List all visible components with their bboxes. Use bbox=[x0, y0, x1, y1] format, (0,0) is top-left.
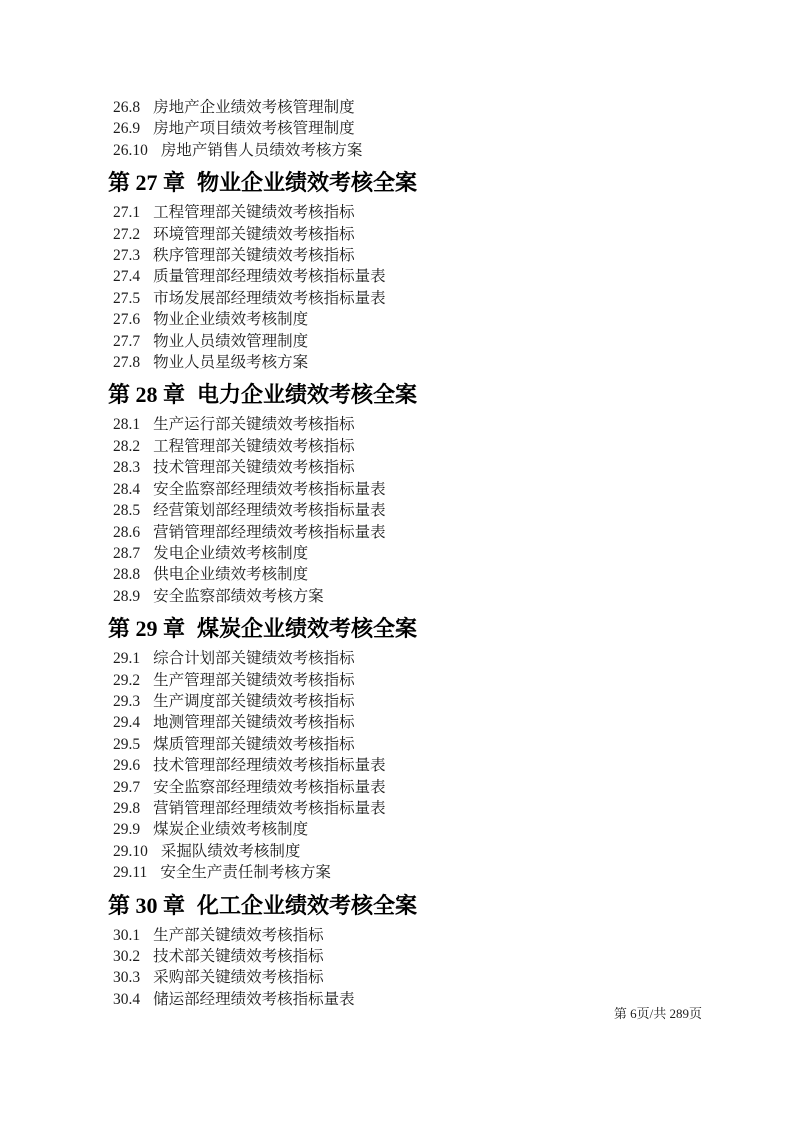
chapter-heading: 第 29 章煤炭企业绩效考核全案 bbox=[108, 614, 743, 644]
toc-item-number: 27.3 bbox=[113, 247, 140, 264]
toc-item-label: 供电企业绩效考核制度 bbox=[153, 566, 308, 583]
toc-item-label: 技术管理部关键绩效考核指标 bbox=[153, 459, 355, 476]
toc-item: 28.1生产运行部关键绩效考核指标 bbox=[108, 414, 743, 435]
toc-item-number: 26.10 bbox=[113, 142, 148, 159]
chapter-title: 物业企业绩效考核全案 bbox=[197, 170, 417, 195]
toc-item: 28.4安全监察部经理绩效考核指标量表 bbox=[108, 479, 743, 500]
toc-item-label: 安全监察部经理绩效考核指标量表 bbox=[153, 779, 386, 796]
toc-item-label: 采购部关键绩效考核指标 bbox=[153, 969, 324, 986]
toc-item-label: 营销管理部经理绩效考核指标量表 bbox=[153, 800, 386, 817]
toc-item: 27.5市场发展部经理绩效考核指标量表 bbox=[108, 288, 743, 309]
chapter-number: 第 30 章 bbox=[108, 893, 185, 918]
toc-item-number: 28.5 bbox=[113, 502, 140, 519]
page-number-indicator: 第 6页/共 289页 bbox=[614, 1005, 702, 1023]
toc-item-label: 房地产销售人员绩效考核方案 bbox=[161, 142, 363, 159]
chapter-item-list: 30.1生产部关键绩效考核指标 30.2技术部关键绩效考核指标 30.3采购部关… bbox=[108, 925, 743, 1011]
toc-item-number: 27.1 bbox=[113, 204, 140, 221]
toc-item-label: 煤质管理部关键绩效考核指标 bbox=[153, 736, 355, 753]
toc-item-label: 安全监察部经理绩效考核指标量表 bbox=[153, 481, 386, 498]
toc-item-number: 29.10 bbox=[113, 843, 148, 860]
toc-item-label: 工程管理部关键绩效考核指标 bbox=[153, 204, 355, 221]
toc-item-label: 市场发展部经理绩效考核指标量表 bbox=[153, 290, 386, 307]
chapter-item-list: 29.1综合计划部关键绩效考核指标 29.2生产管理部关键绩效考核指标 29.3… bbox=[108, 648, 743, 883]
toc-item: 26.8房地产企业绩效考核管理制度 bbox=[108, 97, 743, 118]
chapter-title: 电力企业绩效考核全案 bbox=[197, 382, 417, 407]
toc-item: 28.8供电企业绩效考核制度 bbox=[108, 564, 743, 585]
toc-item: 29.1综合计划部关键绩效考核指标 bbox=[108, 648, 743, 669]
toc-item: 28.5经营策划部经理绩效考核指标量表 bbox=[108, 500, 743, 521]
chapter-number: 第 29 章 bbox=[108, 616, 185, 641]
toc-item-label: 技术部关键绩效考核指标 bbox=[153, 948, 324, 965]
chapter-section: 第 27 章物业企业绩效考核全案 27.1工程管理部关键绩效考核指标 27.2环… bbox=[108, 168, 743, 373]
chapter-number: 第 27 章 bbox=[108, 170, 185, 195]
toc-item: 28.3技术管理部关键绩效考核指标 bbox=[108, 457, 743, 478]
toc-item-label: 工程管理部关键绩效考核指标 bbox=[153, 438, 355, 455]
toc-item: 27.1工程管理部关键绩效考核指标 bbox=[108, 202, 743, 223]
toc-item-label: 生产部关键绩效考核指标 bbox=[153, 927, 324, 944]
toc-item-label: 采掘队绩效考核制度 bbox=[161, 843, 301, 860]
toc-item-label: 安全监察部绩效考核方案 bbox=[153, 588, 324, 605]
toc-item-label: 地测管理部关键绩效考核指标 bbox=[153, 714, 355, 731]
toc-item-label: 生产运行部关键绩效考核指标 bbox=[153, 416, 355, 433]
toc-item-number: 29.2 bbox=[113, 672, 140, 689]
toc-item-number: 29.1 bbox=[113, 650, 140, 667]
toc-item: 28.6营销管理部经理绩效考核指标量表 bbox=[108, 522, 743, 543]
toc-item: 30.1生产部关键绩效考核指标 bbox=[108, 925, 743, 946]
chapter-title: 煤炭企业绩效考核全案 bbox=[197, 616, 417, 641]
toc-item-label: 秩序管理部关键绩效考核指标 bbox=[153, 247, 355, 264]
toc-item-number: 28.6 bbox=[113, 524, 140, 541]
toc-item-number: 29.8 bbox=[113, 800, 140, 817]
toc-item-label: 煤炭企业绩效考核制度 bbox=[153, 821, 308, 838]
chapter-heading: 第 27 章物业企业绩效考核全案 bbox=[108, 168, 743, 198]
toc-item-label: 质量管理部经理绩效考核指标量表 bbox=[153, 268, 386, 285]
toc-item-number: 30.4 bbox=[113, 991, 140, 1008]
chapter-list: 第 27 章物业企业绩效考核全案 27.1工程管理部关键绩效考核指标 27.2环… bbox=[108, 168, 743, 1010]
toc-item-label: 综合计划部关键绩效考核指标 bbox=[153, 650, 355, 667]
toc-item-label: 环境管理部关键绩效考核指标 bbox=[153, 226, 355, 243]
toc-item-label: 营销管理部经理绩效考核指标量表 bbox=[153, 524, 386, 541]
toc-item: 26.10房地产销售人员绩效考核方案 bbox=[108, 140, 743, 161]
toc-item: 27.7物业人员绩效管理制度 bbox=[108, 331, 743, 352]
toc-item-number: 28.4 bbox=[113, 481, 140, 498]
toc-item-label: 房地产企业绩效考核管理制度 bbox=[153, 99, 355, 116]
toc-item-number: 29.11 bbox=[113, 864, 147, 881]
toc-item-number: 28.8 bbox=[113, 566, 140, 583]
toc-item: 27.3秩序管理部关键绩效考核指标 bbox=[108, 245, 743, 266]
chapter-section: 第 30 章化工企业绩效考核全案 30.1生产部关键绩效考核指标 30.2技术部… bbox=[108, 891, 743, 1011]
chapter-item-list: 28.1生产运行部关键绩效考核指标 28.2工程管理部关键绩效考核指标 28.3… bbox=[108, 414, 743, 607]
chapter-number: 第 28 章 bbox=[108, 382, 185, 407]
toc-item-number: 27.7 bbox=[113, 333, 140, 350]
toc-item-label: 生产管理部关键绩效考核指标 bbox=[153, 672, 355, 689]
toc-item: 29.7安全监察部经理绩效考核指标量表 bbox=[108, 777, 743, 798]
toc-item: 26.9房地产项目绩效考核管理制度 bbox=[108, 118, 743, 139]
toc-item: 28.7发电企业绩效考核制度 bbox=[108, 543, 743, 564]
toc-item-number: 28.7 bbox=[113, 545, 140, 562]
toc-item: 29.2生产管理部关键绩效考核指标 bbox=[108, 670, 743, 691]
toc-item: 30.3采购部关键绩效考核指标 bbox=[108, 967, 743, 988]
toc-item-number: 29.6 bbox=[113, 757, 140, 774]
toc-item-number: 28.3 bbox=[113, 459, 140, 476]
toc-item-label: 安全生产责任制考核方案 bbox=[160, 864, 331, 881]
chapter-item-list: 27.1工程管理部关键绩效考核指标 27.2环境管理部关键绩效考核指标 27.3… bbox=[108, 202, 743, 373]
chapter-section: 第 29 章煤炭企业绩效考核全案 29.1综合计划部关键绩效考核指标 29.2生… bbox=[108, 614, 743, 883]
chapter-heading: 第 30 章化工企业绩效考核全案 bbox=[108, 891, 743, 921]
toc-item: 27.2环境管理部关键绩效考核指标 bbox=[108, 224, 743, 245]
toc-item-number: 28.1 bbox=[113, 416, 140, 433]
toc-item-label: 物业人员星级考核方案 bbox=[153, 354, 308, 371]
toc-item-number: 30.1 bbox=[113, 927, 140, 944]
toc-item: 29.8营销管理部经理绩效考核指标量表 bbox=[108, 798, 743, 819]
toc-item: 29.9煤炭企业绩效考核制度 bbox=[108, 819, 743, 840]
toc-item-label: 生产调度部关键绩效考核指标 bbox=[153, 693, 355, 710]
toc-item: 27.4质量管理部经理绩效考核指标量表 bbox=[108, 266, 743, 287]
toc-item-label: 技术管理部经理绩效考核指标量表 bbox=[153, 757, 386, 774]
toc-item-number: 27.5 bbox=[113, 290, 140, 307]
toc-item-number: 29.4 bbox=[113, 714, 140, 731]
toc-item: 28.2工程管理部关键绩效考核指标 bbox=[108, 436, 743, 457]
toc-item-number: 27.2 bbox=[113, 226, 140, 243]
toc-item-number: 27.8 bbox=[113, 354, 140, 371]
toc-item-number: 29.9 bbox=[113, 821, 140, 838]
toc-item: 29.11安全生产责任制考核方案 bbox=[108, 862, 743, 883]
toc-item: 29.6技术管理部经理绩效考核指标量表 bbox=[108, 755, 743, 776]
toc-item-number: 30.3 bbox=[113, 969, 140, 986]
toc-item-number: 30.2 bbox=[113, 948, 140, 965]
toc-item-label: 储运部经理绩效考核指标量表 bbox=[153, 991, 355, 1008]
toc-item-number: 26.8 bbox=[113, 99, 140, 116]
toc-item-number: 28.9 bbox=[113, 588, 140, 605]
leading-item-list: 26.8房地产企业绩效考核管理制度 26.9房地产项目绩效考核管理制度 26.1… bbox=[108, 97, 743, 161]
toc-item-label: 房地产项目绩效考核管理制度 bbox=[153, 120, 355, 137]
toc-item-number: 27.6 bbox=[113, 311, 140, 328]
chapter-section: 第 28 章电力企业绩效考核全案 28.1生产运行部关键绩效考核指标 28.2工… bbox=[108, 380, 743, 607]
toc-item-label: 发电企业绩效考核制度 bbox=[153, 545, 308, 562]
toc-item: 29.3生产调度部关键绩效考核指标 bbox=[108, 691, 743, 712]
toc-item-number: 28.2 bbox=[113, 438, 140, 455]
toc-page: 26.8房地产企业绩效考核管理制度 26.9房地产项目绩效考核管理制度 26.1… bbox=[108, 97, 743, 1010]
toc-item-number: 29.3 bbox=[113, 693, 140, 710]
toc-item-number: 26.9 bbox=[113, 120, 140, 137]
toc-item: 28.9安全监察部绩效考核方案 bbox=[108, 586, 743, 607]
toc-item-number: 27.4 bbox=[113, 268, 140, 285]
chapter-title: 化工企业绩效考核全案 bbox=[197, 893, 417, 918]
toc-item: 29.5煤质管理部关键绩效考核指标 bbox=[108, 734, 743, 755]
toc-item-label: 物业企业绩效考核制度 bbox=[153, 311, 308, 328]
toc-item: 27.6物业企业绩效考核制度 bbox=[108, 309, 743, 330]
toc-item-label: 物业人员绩效管理制度 bbox=[153, 333, 308, 350]
toc-item: 29.4地测管理部关键绩效考核指标 bbox=[108, 712, 743, 733]
toc-item: 29.10采掘队绩效考核制度 bbox=[108, 841, 743, 862]
toc-item: 30.2技术部关键绩效考核指标 bbox=[108, 946, 743, 967]
toc-item: 27.8物业人员星级考核方案 bbox=[108, 352, 743, 373]
toc-item-label: 经营策划部经理绩效考核指标量表 bbox=[153, 502, 386, 519]
toc-item-number: 29.5 bbox=[113, 736, 140, 753]
chapter-heading: 第 28 章电力企业绩效考核全案 bbox=[108, 380, 743, 410]
toc-item-number: 29.7 bbox=[113, 779, 140, 796]
